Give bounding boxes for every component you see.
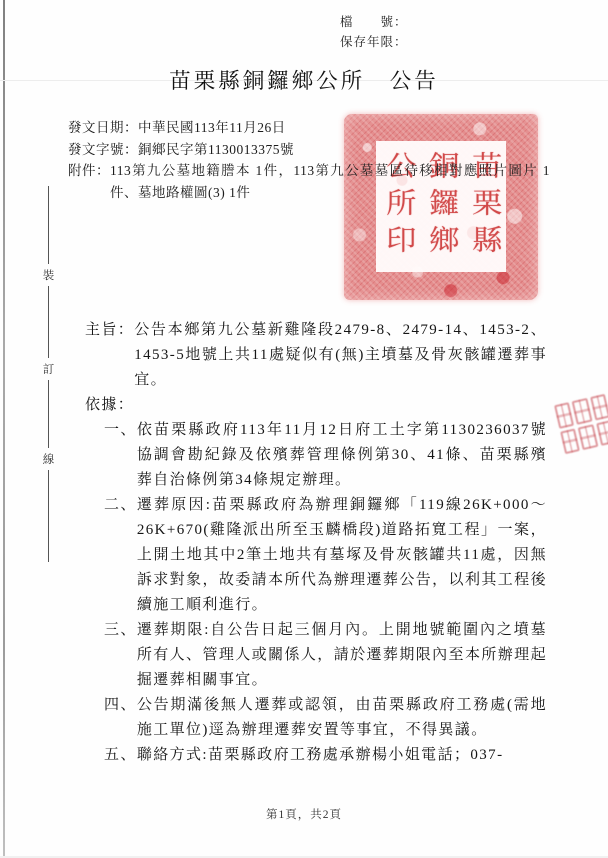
archive-labels: 檔 號： 保存年限： xyxy=(340,12,408,52)
item-text: 遷葬期限:自公告日起三個月內。上開地號範圍內之墳墓所有人、管理人或關係人，請於遷… xyxy=(137,618,547,693)
list-item: 五、 聯絡方式:苗栗縣政府工務處承辦楊小姐電話；037- xyxy=(104,743,547,768)
item-number: 二、 xyxy=(104,493,137,518)
basis-row: 依據： xyxy=(85,393,547,418)
subject-row: 主旨： 公告本鄉第九公墓新雞隆段2479-8、2479-14、1453-2、14… xyxy=(85,318,547,393)
page-title: 苗栗縣銅鑼鄉公所 公告 xyxy=(0,64,608,95)
list-item: 四、 公告期滿後無人遷葬或認領，由苗栗縣政府工務處(需地施工單位)逕為辦理遷葬安… xyxy=(104,693,547,743)
small-stamp-glyph xyxy=(572,398,592,424)
doc-number-value: 銅鄉民字第1130013375號 xyxy=(138,139,550,161)
file-number-label: 檔 號： xyxy=(340,12,408,32)
item-number: 三、 xyxy=(104,618,137,643)
binding-char: 訂 xyxy=(42,358,55,380)
item-number: 五、 xyxy=(104,743,137,768)
issue-date-row: 發文日期： 中華民國113年11月26日 xyxy=(68,117,550,139)
basis-label: 依據： xyxy=(85,393,134,418)
attachment-label: 附件： xyxy=(68,160,110,182)
item-number: 四、 xyxy=(104,693,137,718)
subject-text: 公告本鄉第九公墓新雞隆段2479-8、2479-14、1453-2、1453-5… xyxy=(134,318,547,393)
doc-number-label: 發文字號： xyxy=(68,139,138,161)
item-text: 遷葬原因:苗栗縣政府為辦理銅鑼鄉「119線26K+000～26K+670(雞隆派… xyxy=(137,493,547,618)
binding-char: 線 xyxy=(42,448,55,470)
subject-label: 主旨： xyxy=(85,318,134,343)
issue-date-label: 發文日期： xyxy=(68,117,138,139)
small-stamp-glyph xyxy=(554,402,574,428)
small-red-stamp xyxy=(552,391,608,456)
small-stamp-glyph xyxy=(590,394,608,420)
binding-line: 裝 訂 線 xyxy=(48,186,49,562)
item-text: 公告期滿後無人遷葬或認領，由苗栗縣政府工務處(需地施工單位)逕為辦理遷葬安置等事… xyxy=(137,693,547,743)
item-number: 一、 xyxy=(104,418,137,443)
small-stamp-glyph xyxy=(578,424,598,450)
list-item: 一、 依苗栗縣政府113年11月12日府工土字第1130236037號協調會勘紀… xyxy=(104,418,547,493)
announcement-body: 主旨： 公告本鄉第九公墓新雞隆段2479-8、2479-14、1453-2、14… xyxy=(85,318,547,768)
basis-list: 一、 依苗栗縣政府113年11月12日府工土字第1130236037號協調會勘紀… xyxy=(104,418,547,768)
small-stamp-glyph xyxy=(560,428,580,454)
doc-number-row: 發文字號： 銅鄉民字第1130013375號 xyxy=(68,139,550,161)
page-number-footer: 第1頁，共2頁 xyxy=(0,806,608,822)
list-item: 三、 遷葬期限:自公告日起三個月內。上開地號範圍內之墳墓所有人、管理人或關係人，… xyxy=(104,618,547,693)
document-meta: 發文日期： 中華民國113年11月26日 發文字號： 銅鄉民字第11300133… xyxy=(68,117,550,203)
small-stamp-glyph xyxy=(596,420,608,446)
binding-char: 裝 xyxy=(42,264,55,286)
item-text: 依苗栗縣政府113年11月12日府工土字第1130236037號協調會勘紀錄及依… xyxy=(137,418,547,493)
item-text: 聯絡方式:苗栗縣政府工務處承辦楊小姐電話；037- xyxy=(137,743,547,768)
attachment-value: 113第九公墓地籍謄本 1件，113第九公墓墓區待移相對應照片圖片 1件、墓地路… xyxy=(110,160,550,203)
list-item: 二、 遷葬原因:苗栗縣政府為辦理銅鑼鄉「119線26K+000～26K+670(… xyxy=(104,493,547,618)
issue-date-value: 中華民國113年11月26日 xyxy=(138,117,550,139)
scan-left-edge xyxy=(3,0,5,858)
attachment-row: 附件： 113第九公墓地籍謄本 1件，113第九公墓墓區待移相對應照片圖片 1件… xyxy=(68,160,550,203)
retention-period-label: 保存年限： xyxy=(340,32,408,52)
